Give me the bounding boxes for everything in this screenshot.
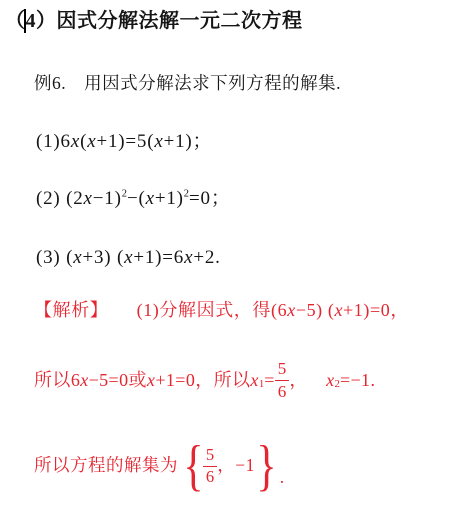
text-segment: x xyxy=(154,131,163,152)
text-segment: +1)=5( xyxy=(96,131,154,152)
text-segment: ， xyxy=(217,455,235,477)
text-segment: −1 xyxy=(235,455,255,477)
text-segment: x xyxy=(326,369,334,392)
section-heading[interactable]: （4）因式分解法解一元二次方程 xyxy=(5,9,303,34)
text-segment: (2) (2 xyxy=(36,188,84,209)
text-segment: ，所以 xyxy=(195,369,250,392)
text-segment: ； xyxy=(211,188,231,209)
fraction-numerator: 5 xyxy=(275,359,290,380)
text-segment: +2. xyxy=(193,247,220,268)
text-segment: x xyxy=(146,188,155,209)
text-segment: +1)=0， xyxy=(343,300,409,320)
solution-line-2[interactable]: 所以6x−5=0或x+1=0，所以x1=56， x2=−1. xyxy=(34,354,375,406)
text-segment: (1) xyxy=(137,300,160,320)
text-segment xyxy=(308,369,326,392)
text-segment: (1)6 xyxy=(36,131,71,152)
text-segment: x xyxy=(184,247,193,268)
text-segment: (6 xyxy=(271,300,287,320)
text-segment: −5=0 xyxy=(89,369,129,392)
fraction-denominator: 6 xyxy=(203,467,217,487)
example-intro[interactable]: 例6. 用因式分解法求下列方程的解集. xyxy=(34,73,341,95)
text-segment: 例6. xyxy=(34,73,66,93)
document-page[interactable]: （4）因式分解法解一元二次方程 例6. 用因式分解法求下列方程的解集. (1)6… xyxy=(0,0,451,512)
text-segment: . xyxy=(280,467,285,498)
text-segment: x xyxy=(250,369,258,392)
text-segment: +1) xyxy=(155,188,184,209)
text-segment: −5) ( xyxy=(296,300,335,320)
text-segment: x xyxy=(80,369,88,392)
text-segment: x xyxy=(84,188,93,209)
right-brace: } xyxy=(256,441,276,491)
text-segment: +1) xyxy=(164,131,193,152)
fraction-numerator: 5 xyxy=(203,446,217,467)
text-segment: 因式分解法解一元二次方程 xyxy=(57,10,303,32)
text-segment: = xyxy=(264,369,275,392)
text-segment: x xyxy=(124,247,133,268)
text-segment: 1 xyxy=(259,378,264,391)
left-brace: { xyxy=(183,441,203,491)
text-segment: x xyxy=(147,369,155,392)
fraction: 56 xyxy=(203,446,217,486)
text-segment: 分解因式，得 xyxy=(159,300,271,320)
text-segment: 【解析】 xyxy=(34,300,99,320)
text-segment: −( xyxy=(127,188,146,209)
equation-1[interactable]: (1)6x(x+1)=5(x+1)； xyxy=(36,130,212,154)
text-segment: 2 xyxy=(335,378,340,391)
text-segment: 所以方程的解集为 xyxy=(34,455,178,477)
text-segment: 或 xyxy=(129,369,147,392)
fraction-denominator: 6 xyxy=(275,381,290,401)
fraction: 56 xyxy=(275,359,290,400)
text-segment: x xyxy=(334,300,343,320)
text-segment: 所以 xyxy=(34,369,71,392)
text-segment: ， xyxy=(289,369,307,392)
text-segment: +1)=6 xyxy=(133,247,184,268)
text-segment: =0 xyxy=(189,188,211,209)
text-segment: =−1. xyxy=(340,369,375,392)
solution-line-1[interactable]: 【解析】 (1)分解因式，得(6x−5) (x+1)=0， xyxy=(34,299,409,322)
text-segment: (3) ( xyxy=(36,247,73,268)
text-segment: −1) xyxy=(93,188,122,209)
text-segment: x xyxy=(287,300,296,320)
text-segment: 6 xyxy=(71,369,80,392)
equation-3[interactable]: (3) (x+3) (x+1)=6x+2. xyxy=(36,246,221,270)
text-segment: +1=0 xyxy=(155,369,195,392)
solution-line-3[interactable]: 所以方程的解集为{56，−1}. xyxy=(34,434,285,498)
text-segment: x xyxy=(71,131,80,152)
text-segment xyxy=(99,300,136,320)
equation-2[interactable]: (2) (2x−1)2−(x+1)2=0； xyxy=(36,187,231,211)
text-segment: ； xyxy=(193,131,213,152)
text-segment: +3) ( xyxy=(82,247,124,268)
text-cursor xyxy=(24,9,26,33)
text-segment: （4） xyxy=(5,10,57,32)
text-segment: 用因式分解法求下列方程的解集. xyxy=(66,73,341,93)
